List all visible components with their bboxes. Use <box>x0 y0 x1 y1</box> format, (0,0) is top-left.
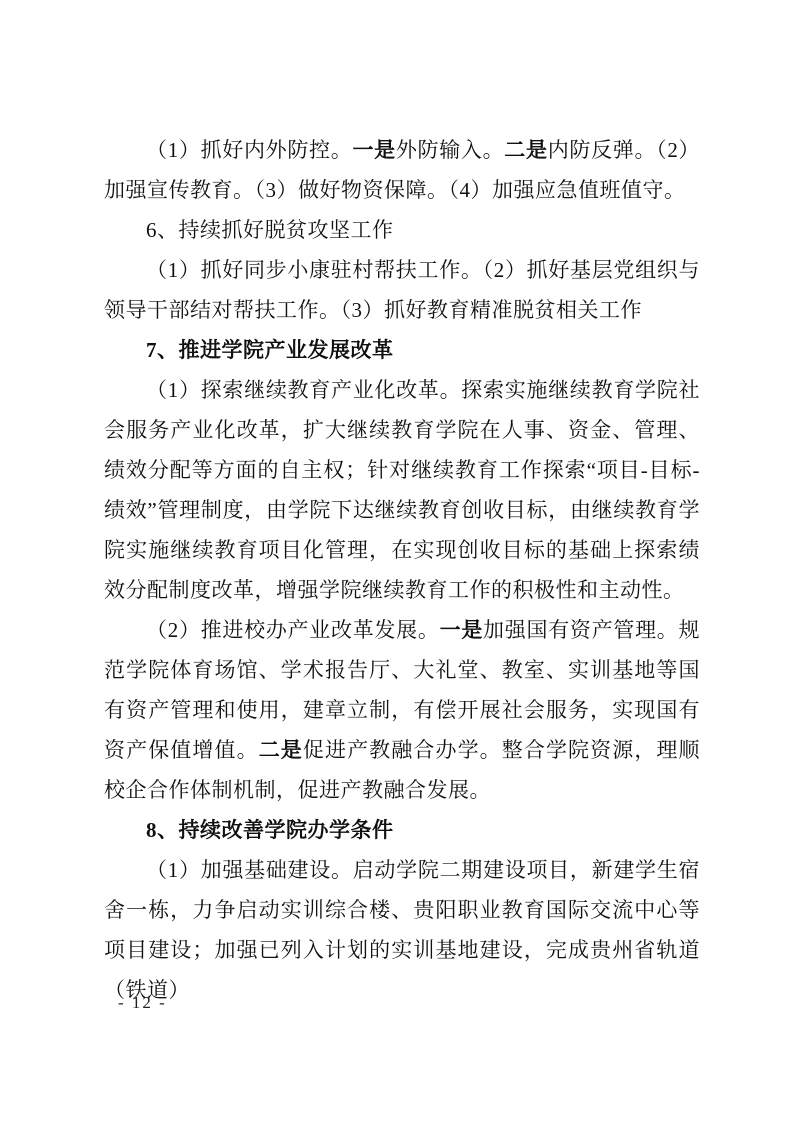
emphasis-run: 二是 <box>504 138 547 162</box>
section-heading: 8、持续改善学院办学条件 <box>104 810 700 850</box>
emphasis-run: 7、推进学院产业发展改革 <box>146 338 394 362</box>
paragraph: （1）抓好内外防控。一是外防输入。二是内防反弹。（2）加强宣传教育。（3）做好物… <box>104 130 700 210</box>
emphasis-run: 8、持续改善学院办学条件 <box>146 818 394 842</box>
text-run: （1）抓好同步小康驻村帮扶工作。（2）抓好基层党组织与领导干部结对帮扶工作。（3… <box>104 258 700 322</box>
paragraph: （1）抓好同步小康驻村帮扶工作。（2）抓好基层党组织与领导干部结对帮扶工作。（3… <box>104 250 700 330</box>
text-run: （1）探索继续教育产业化改革。探索实施继续教育学院社会服务产业化改革，扩大继续教… <box>104 378 700 602</box>
text-run: （2）推进校办产业改革发展。 <box>146 618 440 642</box>
text-run: 外防输入。 <box>396 138 504 162</box>
emphasis-run: 二是 <box>259 738 303 762</box>
section-heading: 7、推进学院产业发展改革 <box>104 330 700 370</box>
text-run: （1）加强基础建设。启动学院二期建设项目，新建学生宿舍一栋，力争启动实训综合楼、… <box>104 858 700 1002</box>
paragraph: （2）推进校办产业改革发展。一是加强国有资产管理。规范学院体育场馆、学术报告厅、… <box>104 610 700 810</box>
paragraph: （1）加强基础建设。启动学院二期建设项目，新建学生宿舍一栋，力争启动实训综合楼、… <box>104 850 700 1010</box>
text-run: （1）抓好内外防控。 <box>146 138 352 162</box>
document-body: （1）抓好内外防控。一是外防输入。二是内防反弹。（2）加强宣传教育。（3）做好物… <box>104 130 700 1010</box>
page-number: - 12 - <box>118 993 167 1013</box>
emphasis-run: 一是 <box>352 138 395 162</box>
paragraph: 6、持续抓好脱贫攻坚工作 <box>104 210 700 250</box>
document-page: （1）抓好内外防控。一是外防输入。二是内防反弹。（2）加强宣传教育。（3）做好物… <box>0 0 793 1122</box>
paragraph: （1）探索继续教育产业化改革。探索实施继续教育学院社会服务产业化改革，扩大继续教… <box>104 370 700 610</box>
text-run: 6、持续抓好脱贫攻坚工作 <box>146 218 394 242</box>
emphasis-run: 一是 <box>440 618 483 642</box>
